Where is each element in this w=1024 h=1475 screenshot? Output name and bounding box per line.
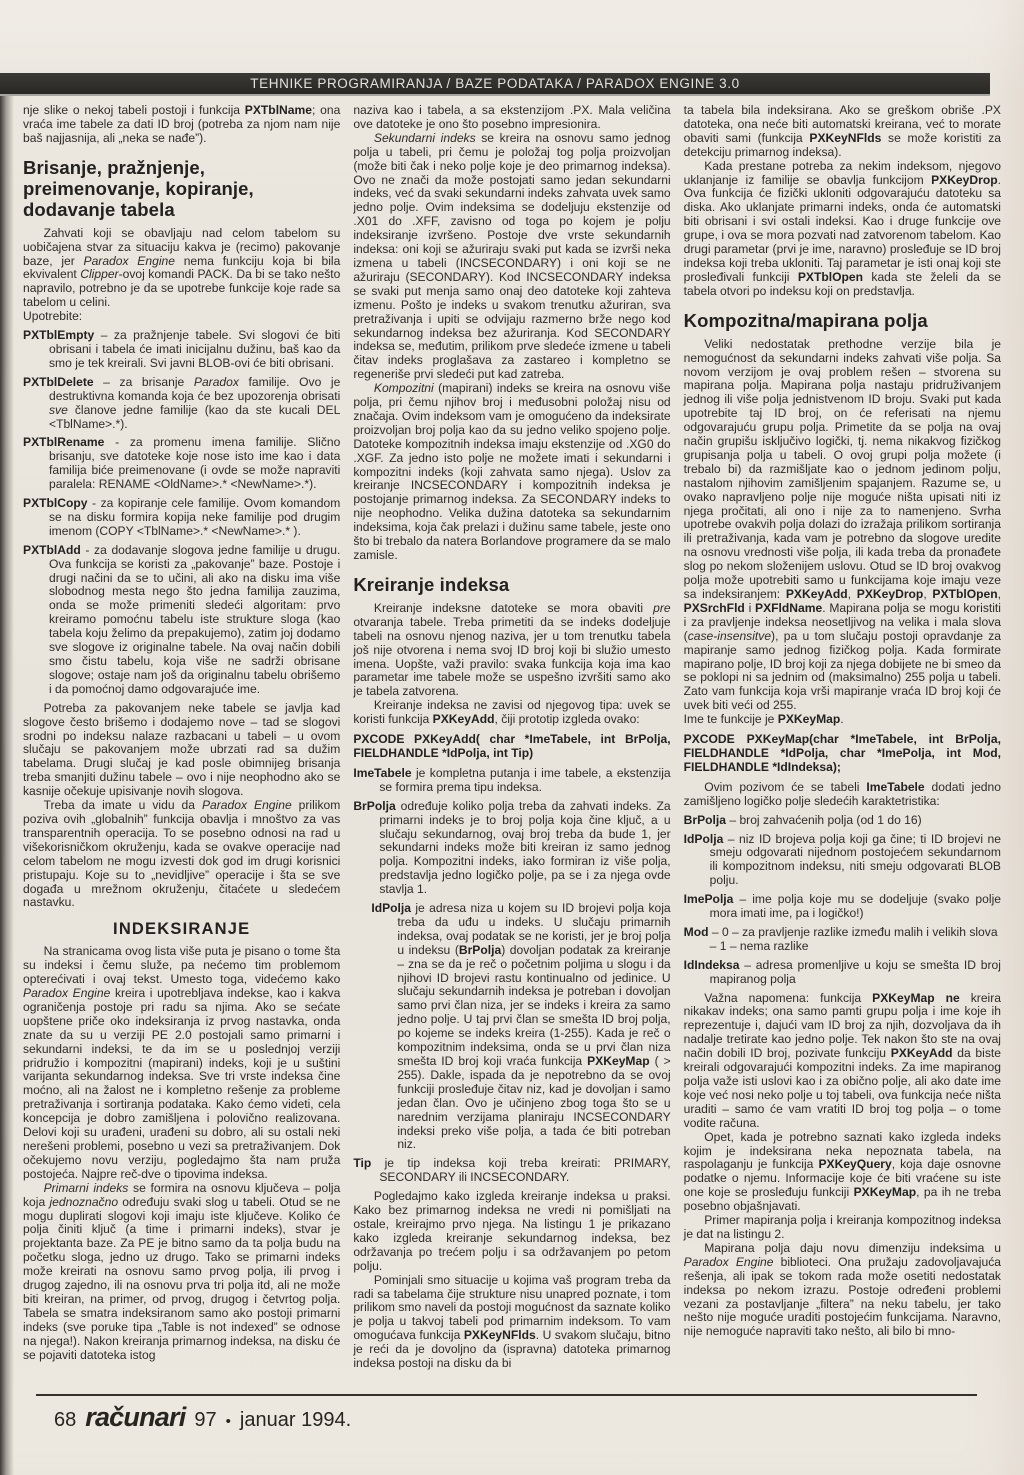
paragraph: Kada prestane potreba za nekim indeksom,…: [684, 160, 1001, 299]
definition-item: BrPolja određuje koliko polja treba da z…: [353, 800, 670, 897]
paragraph: Primer mapiranja polja i kreiranja kompo…: [684, 1214, 1001, 1242]
definition-item: IdIndeksa – adresa promenljive u koju se…: [684, 959, 1001, 987]
definition-item: PXTblCopy - za kopiranje cele familije. …: [23, 497, 340, 539]
paragraph: Treba da imate u vidu da Paradox Engine …: [23, 799, 340, 910]
section-heading: INDEKSIRANJE: [23, 920, 340, 939]
definition-item: IdPolja je adresa niza u kojem su ID bro…: [353, 902, 670, 1152]
header-title: TEHNIKE PROGRAMIRANJA / BAZE PODATAKA / …: [250, 76, 739, 91]
paragraph: Mapirana polja daju novu dimenziju indek…: [684, 1242, 1001, 1339]
paragraph: Kompozitni (mapirani) indeks se kreira n…: [353, 382, 670, 563]
page-footer: 68 računari 97 • januar 1994.: [36, 1394, 977, 1433]
footer-rule: [36, 1394, 977, 1396]
definition-item: ImeTabele je kompletna putanja i ime tab…: [353, 767, 670, 795]
column-right: ta tabela bila indeksirana. Ako se grešk…: [684, 104, 1001, 1390]
bullet-separator: •: [226, 1413, 231, 1430]
paragraph: Potreba za pakovanjem neke tabele se jav…: [23, 702, 340, 799]
paragraph: Na stranicama ovog lista više puta je pi…: [23, 945, 340, 1181]
paragraph: Ime te funkcije je PXKeyMap.: [684, 713, 1001, 727]
page-number: 68: [54, 1409, 76, 1432]
definition-item: ImePolja – ime polja koje mu se dodeljuj…: [684, 893, 1001, 921]
definition-item: PXTblAdd - za dodavanje slogova jedne fa…: [23, 544, 340, 697]
article-content: nje slike o nekoj tabeli postoji i funkc…: [23, 104, 1001, 1390]
paragraph: Primarni indeks se formira na osnovu klj…: [23, 1182, 340, 1363]
section-heading: Brisanje, pražnjenje, preimenovanje, kop…: [23, 157, 340, 220]
definition-item: BrPolja – broj zahvaćenih polja (od 1 do…: [684, 814, 1001, 828]
paragraph: Sekundarni indeks se kreira na osnovu sa…: [353, 132, 670, 382]
page-header-bar: TEHNIKE PROGRAMIRANJA / BAZE PODATAKA / …: [0, 73, 990, 96]
issue-number: 97: [194, 1409, 216, 1432]
paragraph: Opet, kada je potrebno saznati kako izgl…: [684, 1131, 1001, 1214]
magazine-page: TEHNIKE PROGRAMIRANJA / BAZE PODATAKA / …: [0, 0, 1024, 1475]
code-prototype: PXCODE PXKeyMap(char *ImeTabele, int BrP…: [684, 733, 1001, 775]
paragraph: nje slike o nekoj tabeli postoji i funkc…: [23, 104, 340, 146]
paragraph: ta tabela bila indeksirana. Ako se grešk…: [684, 104, 1001, 160]
footer-line: 68 računari 97 • januar 1994.: [36, 1402, 977, 1433]
page-gutter-shadow: [0, 84, 14, 1475]
definition-item: IdPolja – niz ID brojeva polja koji ga č…: [684, 833, 1001, 889]
section-heading: Kompozitna/mapirana polja: [684, 310, 1001, 331]
paragraph: Zahvati koji se obavljaju nad celom tabe…: [23, 227, 340, 310]
paragraph: Kreiranje indeksa ne zavisi od njegovog …: [353, 699, 670, 727]
definition-item: Mod – 0 – za pravljenje razlike između m…: [684, 926, 1001, 954]
definition-item: PXTblEmpty – za pražnjenje tabele. Svi s…: [23, 329, 340, 371]
paragraph: Pominjali smo situacije u kojima vaš pro…: [353, 1274, 670, 1371]
column-middle: naziva kao i tabela, a sa ekstenzijom .P…: [353, 104, 670, 1390]
magazine-logo: računari: [85, 1402, 185, 1433]
paragraph: Veliki nedostatak prethodne verzije bila…: [684, 338, 1001, 713]
definition-item: Tip je tip indeksa koji treba kreirati: …: [353, 1157, 670, 1185]
paragraph: naziva kao i tabela, a sa ekstenzijom .P…: [353, 104, 670, 132]
column-left: nje slike o nekoj tabeli postoji i funkc…: [23, 104, 340, 1390]
section-heading: Kreiranje indeksa: [353, 574, 670, 595]
paragraph: Kreiranje indeksne datoteke se mora obav…: [353, 602, 670, 699]
paragraph: Ovim pozivom će se tabeli ImeTabele doda…: [684, 781, 1001, 809]
definition-item: PXTblRename - za promenu imena familije.…: [23, 436, 340, 492]
code-prototype: PXCODE PXKeyAdd( char *ImeTabele, int Br…: [353, 733, 670, 761]
paragraph: Pogledajmo kako izgleda kreiranje indeks…: [353, 1190, 670, 1273]
paragraph: Upotrebite:: [23, 310, 340, 324]
definition-item: PXTblDelete – za brisanje Paradox famili…: [23, 376, 340, 432]
issue-date: januar 1994.: [240, 1409, 351, 1432]
paragraph: Važna napomena: funkcija PXKeyMap ne kre…: [684, 992, 1001, 1131]
